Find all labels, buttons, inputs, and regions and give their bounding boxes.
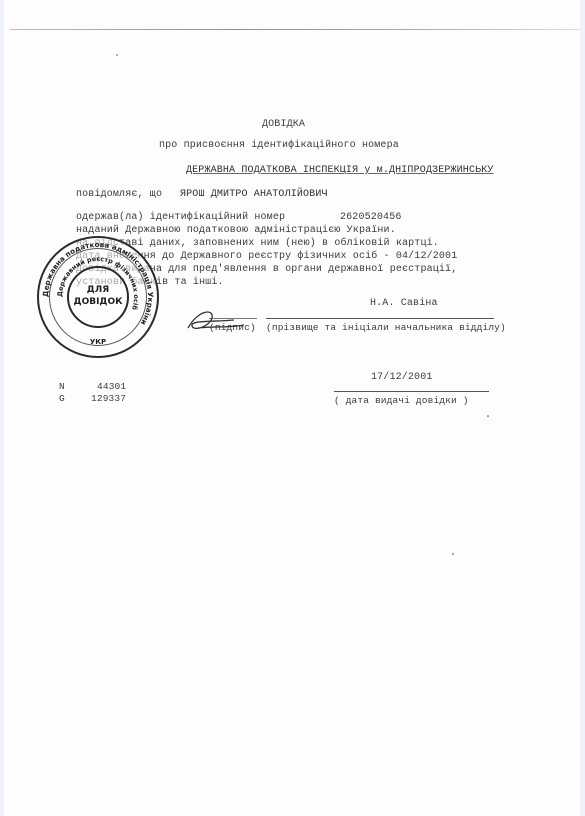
id-number-label: одержав(ла) ідентифікаційний номер [76, 212, 285, 223]
document-title: ДОВІДКА [262, 119, 305, 130]
official-name-underline [266, 318, 494, 319]
registry-n-label: N [59, 381, 65, 392]
person-name: ЯРОШ ДМИТРО АНАТОЛІЙОВИЧ [180, 189, 328, 200]
issue-date-caption: ( дата видачі довідки ) [334, 395, 469, 406]
issuing-authority-text: ДЕРЖАВНА ПОДАТКОВА ІНСПЕКЦІЯ у м.ДНІПРОД… [186, 165, 494, 176]
issue-date-underline [334, 391, 489, 392]
body-line-2: наданий Державною податковою адміністрац… [76, 225, 396, 236]
stamp-center-line-2: ДОВІДОК [39, 297, 157, 307]
id-number-value: 2620520456 [340, 212, 402, 223]
scan-speck [452, 553, 454, 555]
registry-g-value: 129337 [91, 393, 126, 404]
issuing-authority: ДЕРЖАВНА ПОДАТКОВА ІНСПЕКЦІЯ у м.ДНІПРОД… [186, 165, 494, 176]
registry-g-label: G [59, 393, 65, 404]
scan-speck [116, 54, 118, 56]
official-caption: (прізвище та ініціали начальника відділу… [266, 322, 506, 333]
scan-speck [487, 415, 489, 417]
body-line-2-text: наданий Державною податковою адміністрац… [76, 225, 396, 236]
notifies-label: повідомляє, що [76, 189, 162, 200]
stamp-center-line-1: ДЛЯ [39, 285, 157, 295]
signature-caption: (підпис) [209, 322, 256, 333]
issue-date: 17/12/2001 [371, 372, 433, 383]
official-stamp: Державна податкова адміністрація України… [37, 236, 159, 358]
official-name: Н.А. Савіна [370, 298, 438, 309]
document-subtitle: про присвоєння ідентифікаційного номера [159, 140, 399, 151]
registry-n-value: 44301 [97, 381, 126, 392]
top-scan-line [10, 29, 580, 30]
stamp-bottom-text: УКР [39, 338, 157, 346]
document-page: ДОВІДКА про присвоєння ідентифікаційного… [4, 0, 580, 816]
svg-text:Державна податкова адміністрац: Державна податкова адміністрація України [41, 240, 155, 327]
